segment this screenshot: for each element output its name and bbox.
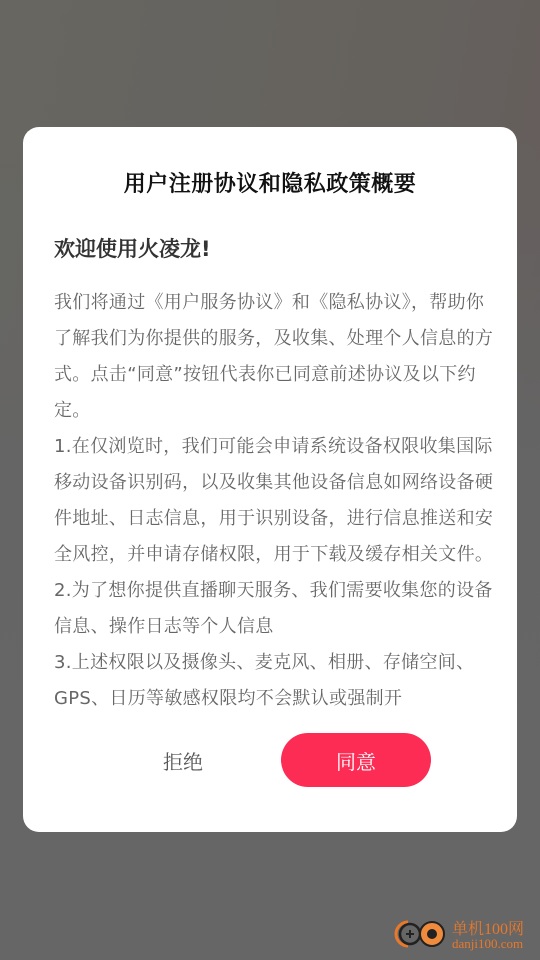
watermark-logo-icon [394, 918, 446, 950]
policy-text-scroll[interactable]: 我们将通过《用户服务协议》和《隐私协议》，帮助你了解我们为你提供的服务，及收集、… [54, 285, 494, 731]
dialog-actions: 拒绝 同意 [23, 733, 517, 789]
dialog-title: 用户注册协议和隐私政策概要 [23, 167, 517, 198]
agree-button[interactable]: 同意 [281, 733, 431, 787]
policy-paragraph: 2.为了想你提供直播聊天服务、我们需要收集您的设备信息、操作日志等个人信息 [54, 573, 494, 645]
policy-paragraph: 1.在仅浏览时，我们可能会申请系统设备权限收集国际移动设备识别码，以及收集其他设… [54, 429, 494, 573]
reject-button[interactable]: 拒绝 [133, 745, 233, 776]
watermark-url: danji100.com [452, 936, 523, 952]
policy-paragraph: 我们将通过《用户服务协议》和《隐私协议》，帮助你了解我们为你提供的服务，及收集、… [54, 285, 494, 429]
welcome-heading: 欢迎使用火凌龙! [54, 233, 211, 263]
watermark: 单机100网 danji100.com [386, 912, 536, 956]
policy-paragraph: 3.上述权限以及摄像头、麦克风、相册、存储空间、GPS、日历等敏感权限均不会默认… [54, 645, 494, 717]
privacy-dialog: 用户注册协议和隐私政策概要 欢迎使用火凌龙! 我们将通过《用户服务协议》和《隐私… [23, 127, 517, 832]
